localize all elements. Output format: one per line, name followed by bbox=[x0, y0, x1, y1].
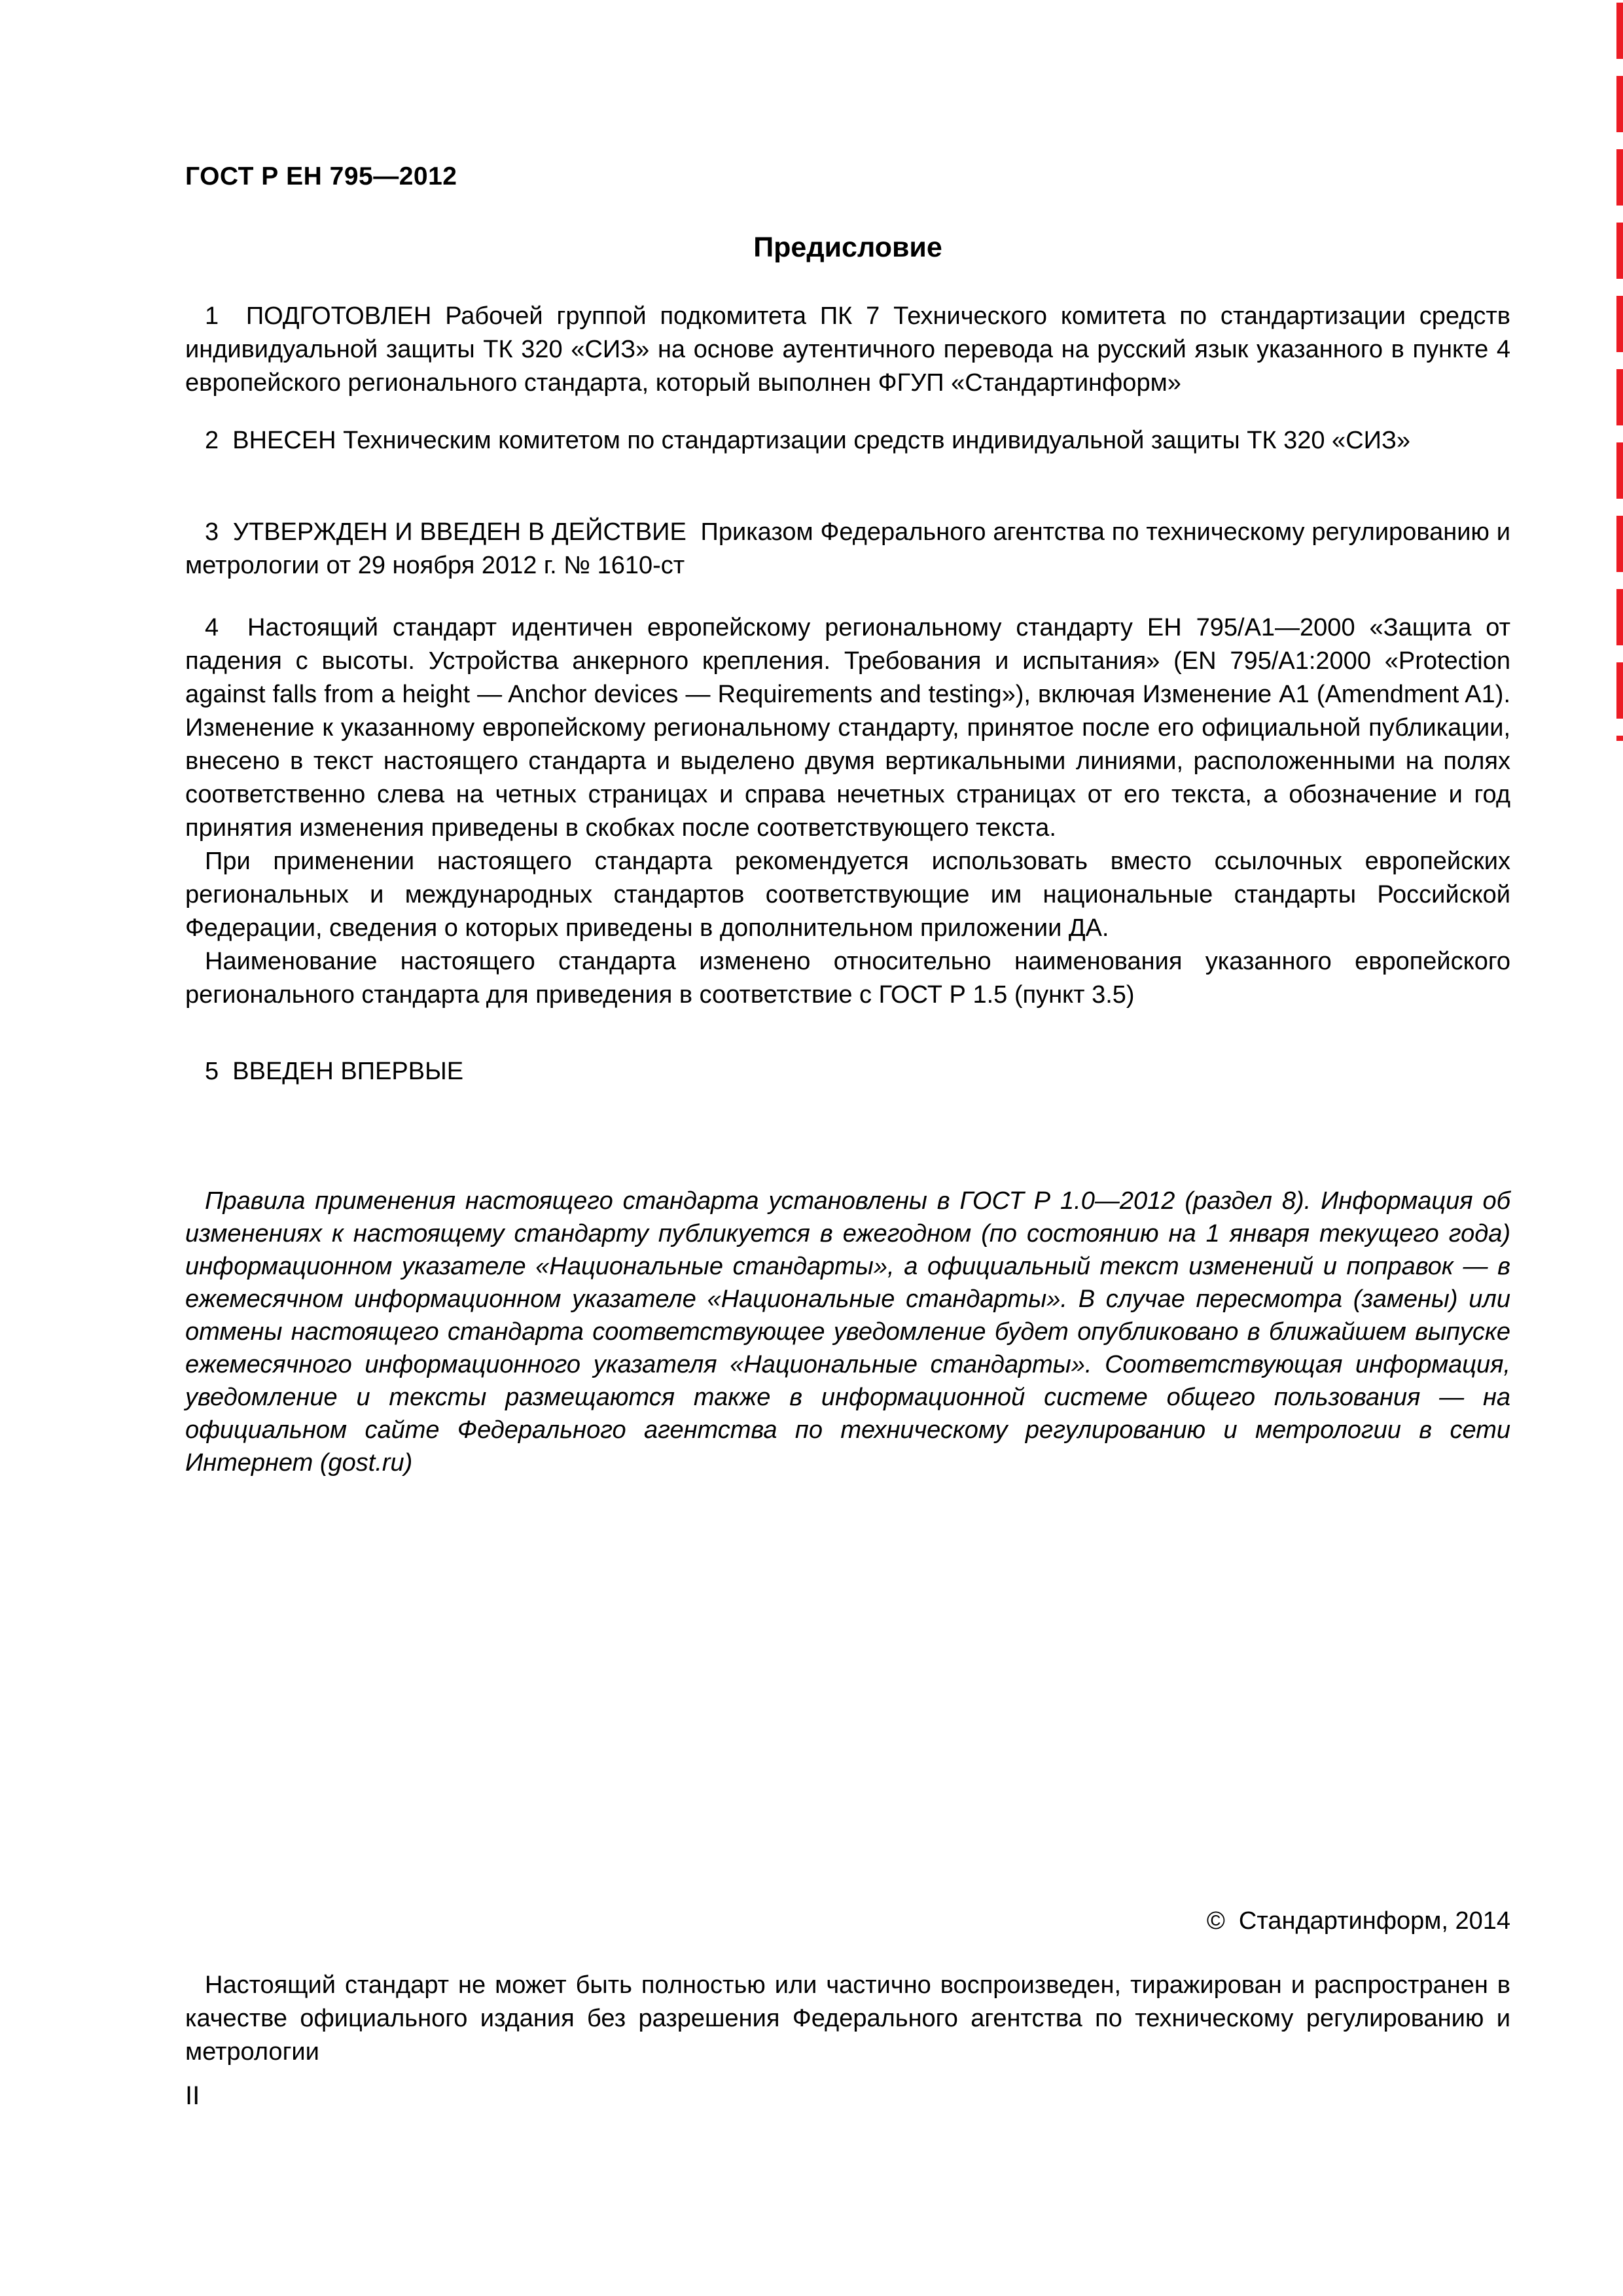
scan-edge-artifact bbox=[1616, 3, 1623, 741]
clause-5-first-introduced: 5 ВВЕДЕН ВПЕРВЫЕ bbox=[185, 1055, 1510, 1088]
doc-number-header: ГОСТ Р ЕН 795—2012 bbox=[185, 162, 457, 191]
clause-2-submitted: 2 ВНЕСЕН Техническим комитетом по станда… bbox=[185, 424, 1510, 457]
clause-4-identity: 4 Настоящий стандарт идентичен европейск… bbox=[185, 611, 1510, 845]
application-rules-note: Правила применения настоящего стандарта … bbox=[185, 1185, 1510, 1479]
reproduction-notice: Настоящий стандарт не может быть полност… bbox=[185, 1969, 1510, 2069]
page-number: II bbox=[185, 2081, 200, 2111]
copyright-line: © Стандартинформ, 2014 bbox=[185, 1907, 1510, 1935]
preface-title: Предисловие bbox=[185, 232, 1510, 264]
clause-3-approved: 3 УТВЕРЖДЕН И ВВЕДЕН В ДЕЙСТВИЕ Приказом… bbox=[185, 516, 1510, 583]
clause-4-block: 4 Настоящий стандарт идентичен европейск… bbox=[185, 611, 1510, 1012]
clause-1-prepared: 1 ПОДГОТОВЛЕН Рабочей группой подкомитет… bbox=[185, 300, 1510, 400]
note-title-change: Наименование настоящего стандарта измене… bbox=[185, 945, 1510, 1012]
note-reference-standards: При применении настоящего стандарта реко… bbox=[185, 845, 1510, 945]
document-page: ГОСТ Р ЕН 795—2012 Предисловие 1 ПОДГОТО… bbox=[0, 0, 1623, 2296]
